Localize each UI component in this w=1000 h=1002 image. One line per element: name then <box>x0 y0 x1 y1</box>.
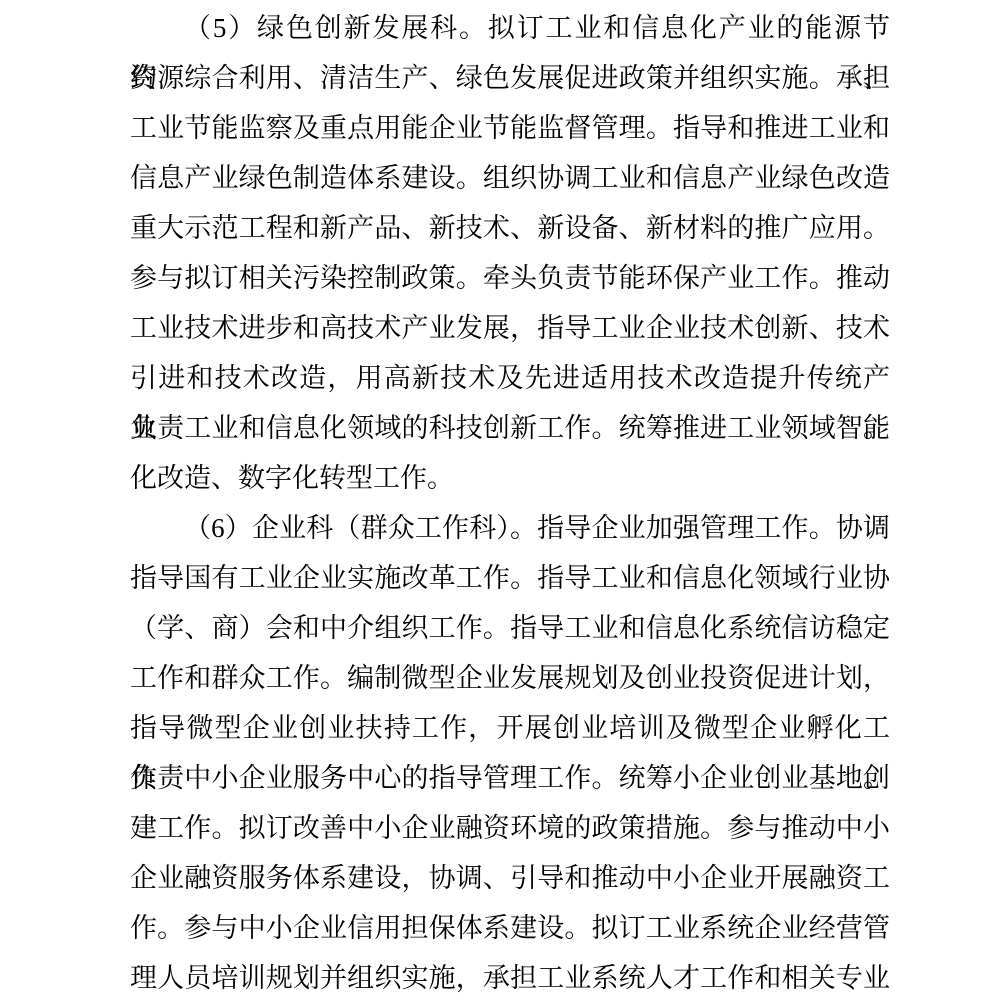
text-line: 参与拟订相关污染控制政策。牵头负责节能环保产业工作。推动 <box>130 253 890 303</box>
text-line: （5）绿色创新发展科。拟订工业和信息化产业的能源节约、 <box>130 3 890 53</box>
text-line: 企业融资服务体系建设，协调、引导和推动中小企业开展融资工 <box>130 853 890 903</box>
text-line: （学、商）会和中介组织工作。指导工业和信息化系统信访稳定 <box>130 603 890 653</box>
document-page: （5）绿色创新发展科。拟订工业和信息化产业的能源节约、 资源综合利用、清洁生产、… <box>130 3 890 1002</box>
text-line: 资源综合利用、清洁生产、绿色发展促进政策并组织实施。承担 <box>130 53 890 103</box>
text-line: 作。参与中小企业信用担保体系建设。拟订工业系统企业经营管 <box>130 903 890 953</box>
text-line: 工作和群众工作。编制微型企业发展规划及创业投资促进计划， <box>130 653 890 703</box>
text-line: 建工作。拟订改善中小企业融资环境的政策措施。参与推动中小 <box>130 803 890 853</box>
text-line: 指导国有工业企业实施改革工作。指导工业和信息化领域行业协 <box>130 553 890 603</box>
text-line: 指导微型企业创业扶持工作，开展创业培训及微型企业孵化工作。 <box>130 703 890 753</box>
text-line: 理人员培训规划并组织实施，承担工业系统人才工作和相关专业 <box>130 953 890 1002</box>
text-line: 化改造、数字化转型工作。 <box>130 453 890 503</box>
text-line: 工业节能监察及重点用能企业节能监督管理。指导和推进工业和 <box>130 103 890 153</box>
text-line: 引进和技术改造，用高新技术及先进适用技术改造提升传统产业。 <box>130 353 890 403</box>
text-line: 信息产业绿色制造体系建设。组织协调工业和信息产业绿色改造 <box>130 153 890 203</box>
paragraph-section-6: （6）企业科（群众工作科）。指导企业加强管理工作。协调 指导国有工业企业实施改革… <box>130 503 890 1002</box>
text-line: 重大示范工程和新产品、新技术、新设备、新材料的推广应用。 <box>130 203 890 253</box>
text-line: 负责工业和信息化领域的科技创新工作。统筹推进工业领域智能 <box>130 403 890 453</box>
text-line: 工业技术进步和高技术产业发展，指导工业企业技术创新、技术 <box>130 303 890 353</box>
document-canvas: { "page": { "background": "#ffffff", "te… <box>0 0 1000 1002</box>
text-line: （6）企业科（群众工作科）。指导企业加强管理工作。协调 <box>130 503 890 553</box>
paragraph-section-5: （5）绿色创新发展科。拟订工业和信息化产业的能源节约、 资源综合利用、清洁生产、… <box>130 3 890 503</box>
text-line: 负责中小企业服务中心的指导管理工作。统筹小企业创业基地创 <box>130 753 890 803</box>
